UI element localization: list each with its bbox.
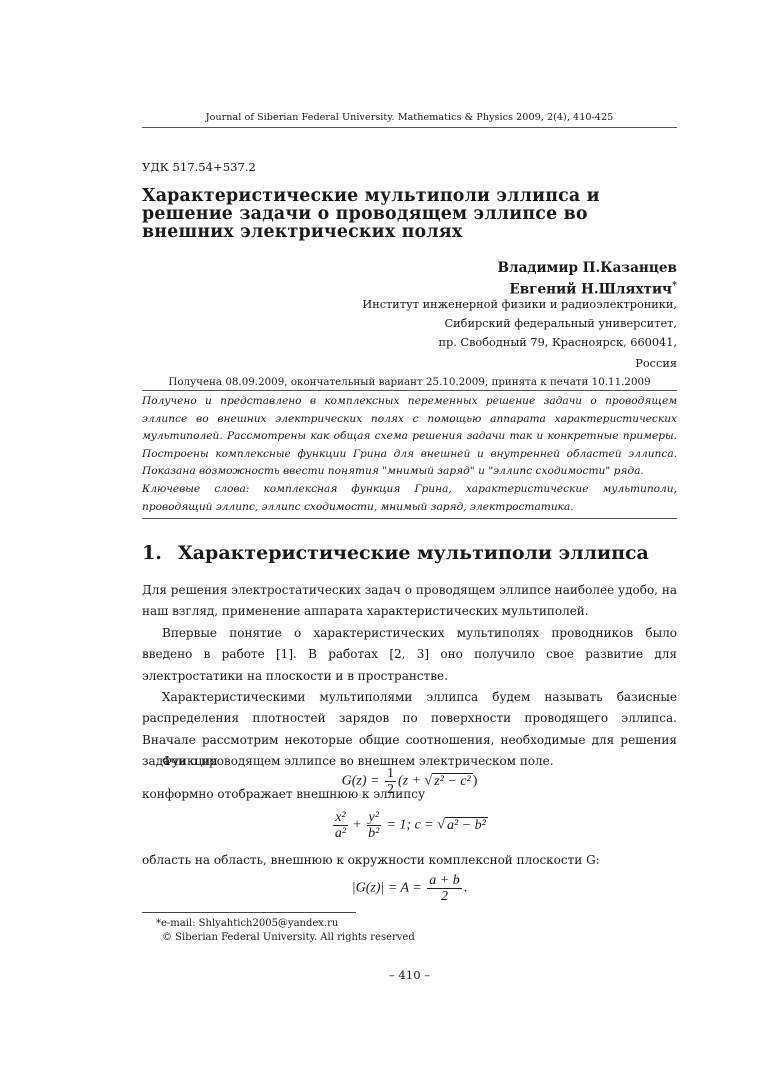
paragraph-region: область на область, внешнюю к окружности… bbox=[142, 850, 677, 871]
abstract: Получено и представлено в комплексных пе… bbox=[142, 393, 677, 481]
affiliation-country: Россия bbox=[142, 357, 677, 370]
paragraph-conformal: конформно отображает внешнюю к эллипсу bbox=[142, 784, 677, 805]
udk-code: УДК 517.54+537.2 bbox=[142, 160, 677, 174]
affiliation-line-3: пр. Свободный 79, Красноярск, 660041, bbox=[142, 336, 677, 349]
affiliation-line-1: Институт инженерной физики и радиоэлектр… bbox=[142, 298, 677, 311]
header-rule bbox=[142, 127, 677, 128]
received-dates: Получена 08.09.2009, окончательный вариа… bbox=[142, 376, 677, 388]
paragraph-2: Впервые понятие о характеристических мул… bbox=[142, 623, 677, 687]
author-1: Владимир П.Казанцев bbox=[142, 260, 677, 276]
footnote-copyright: © Siberian Federal University. All right… bbox=[162, 932, 697, 943]
section-number: 1. bbox=[142, 542, 178, 564]
abstract-bottom-rule bbox=[142, 518, 677, 519]
equation-3: |G(z)| = A = a + b2. bbox=[142, 873, 677, 904]
section-heading: 1.Характеристические мультиполи эллипса bbox=[142, 542, 677, 564]
running-head: Journal of Siberian Federal University. … bbox=[142, 112, 677, 123]
page-number: – 410 – bbox=[142, 968, 677, 982]
paragraph-1: Для решения электростатических задач о п… bbox=[142, 580, 677, 623]
affiliation-line-2: Сибирский федеральный университет, bbox=[142, 317, 677, 330]
footnote-rule bbox=[142, 912, 356, 913]
equation-2: x²a² + y²b² = 1; c = √a² − b² bbox=[142, 810, 677, 841]
keywords: Ключевые слова: комплексная функция Грин… bbox=[142, 481, 677, 516]
abstract-top-rule bbox=[142, 390, 677, 391]
section-title: Характеристические мультиполи эллипса bbox=[178, 542, 649, 564]
footnote-mark: * bbox=[672, 280, 677, 291]
author-2: Евгений Н.Шляхтич* bbox=[142, 280, 677, 298]
footnote-email: *e-mail: Shlyahtich2005@yandex.ru bbox=[156, 918, 691, 929]
article-title: Характеристические мультиполи эллипса и … bbox=[142, 187, 677, 241]
